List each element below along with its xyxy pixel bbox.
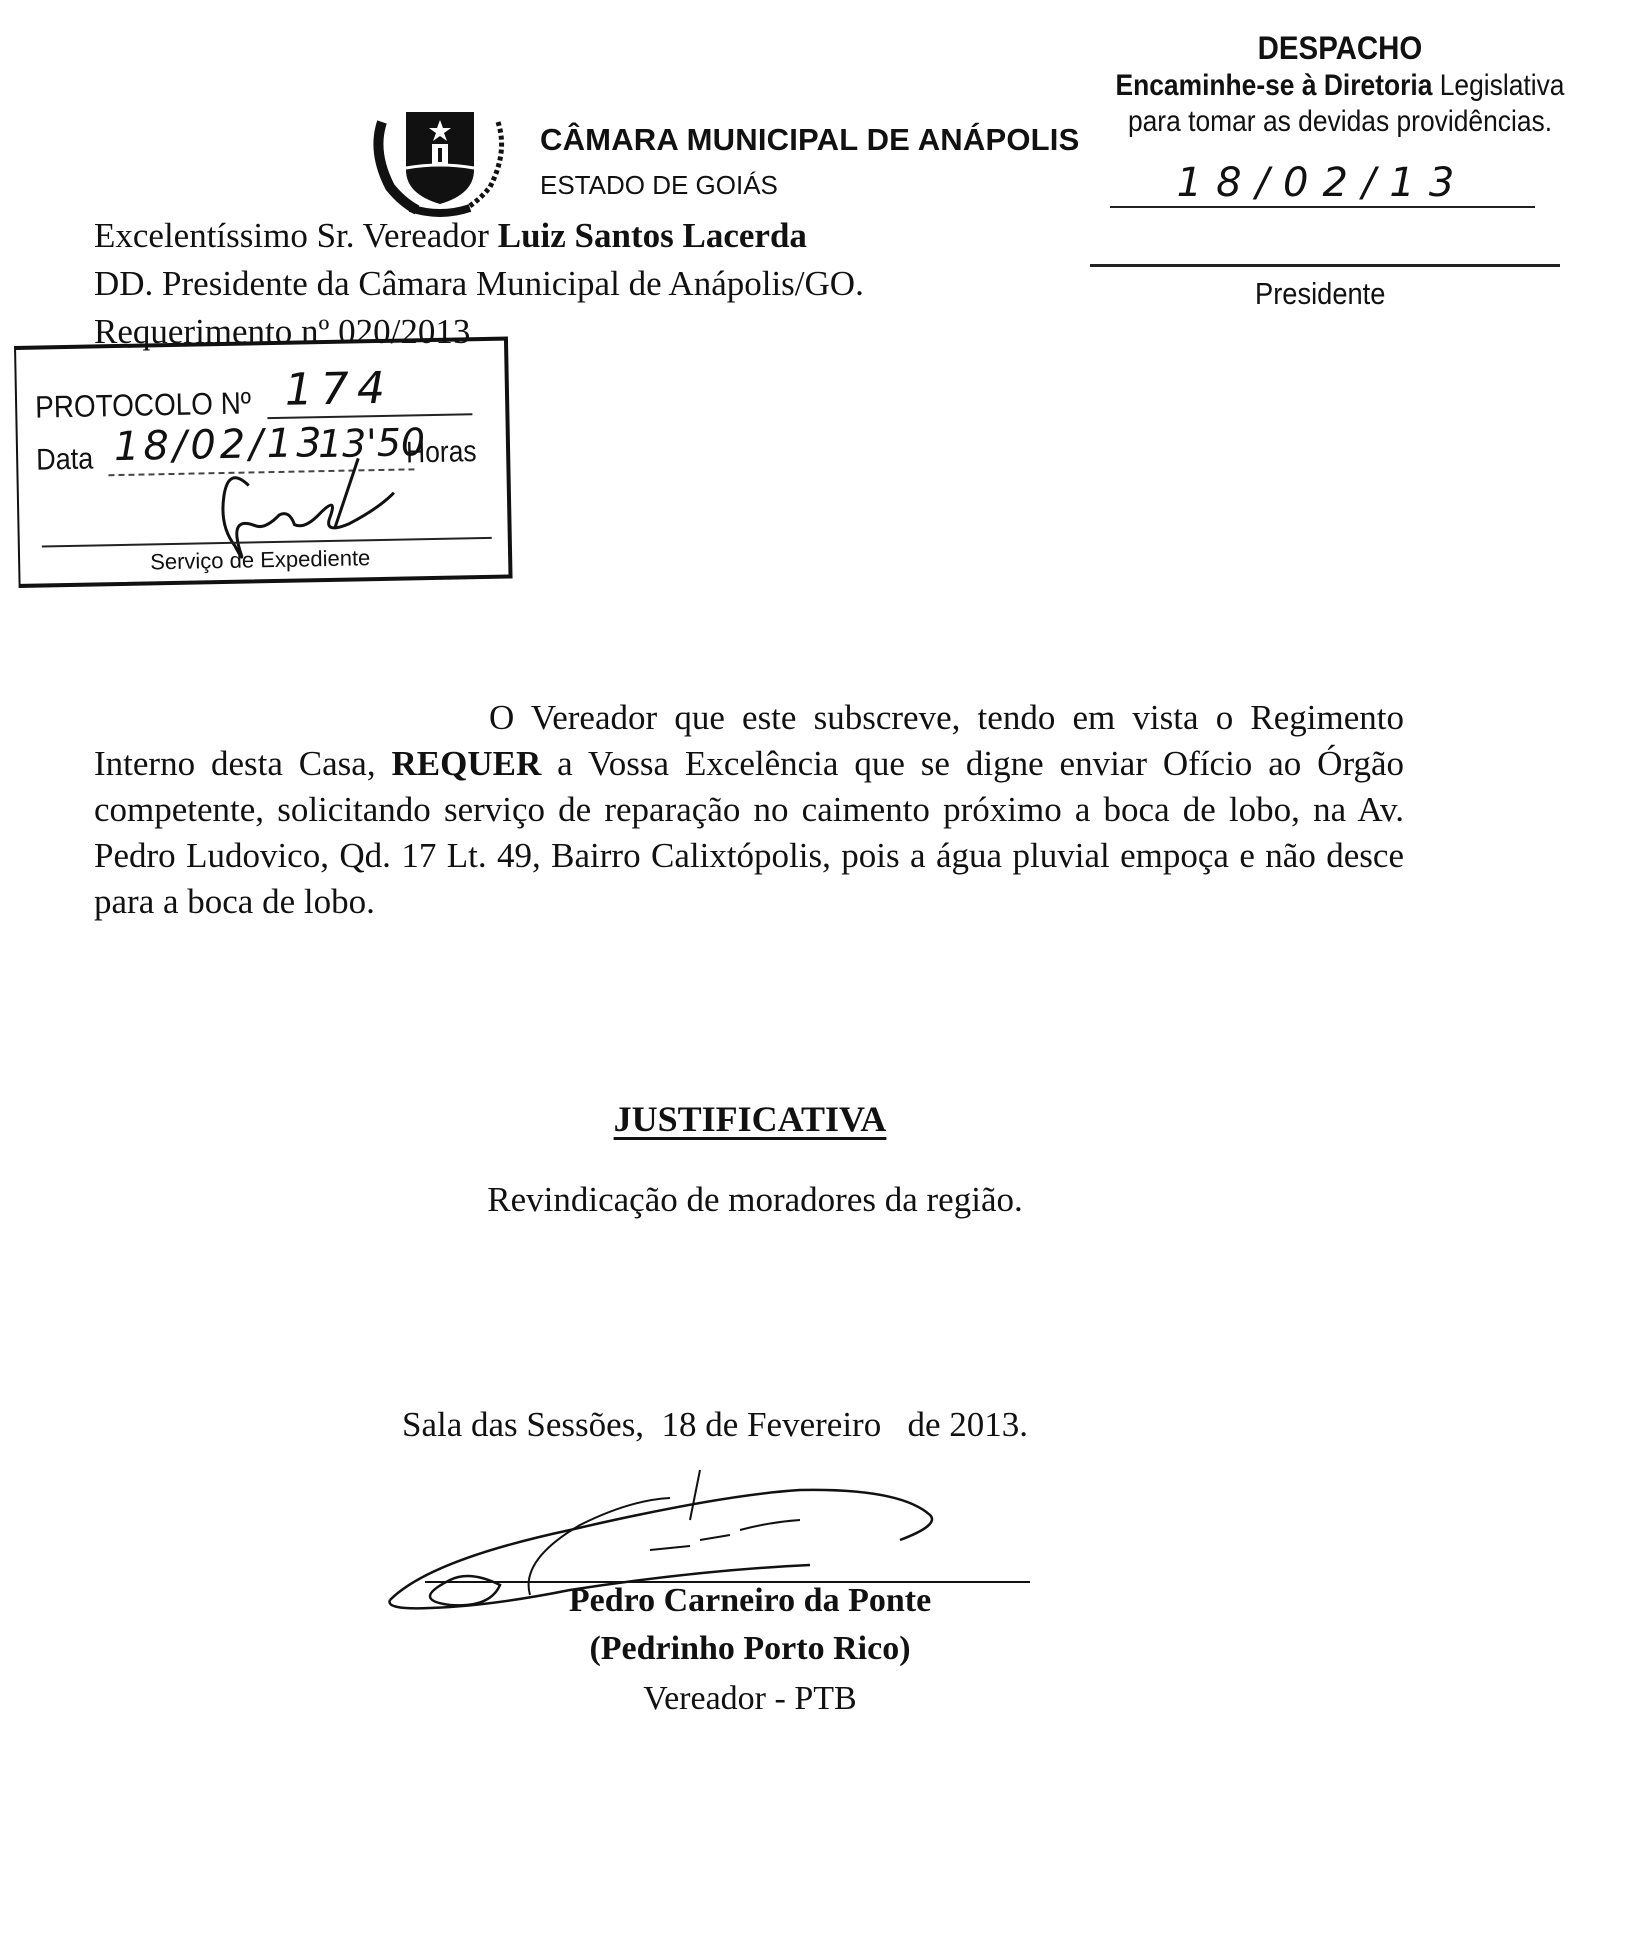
protocol-hours-label: Horas bbox=[406, 435, 477, 470]
despacho-line2: para tomar as devidas providências. bbox=[1094, 105, 1587, 139]
org-name: CÂMARA MUNICIPAL DE ANÁPOLIS bbox=[540, 122, 1080, 158]
signatory-nickname: (Pedrinho Porto Rico) bbox=[0, 1630, 1500, 1668]
org-state: ESTADO DE GOIÁS bbox=[540, 170, 778, 201]
body-bold-requer: REQUER bbox=[392, 744, 542, 783]
municipal-crest-icon bbox=[372, 92, 508, 220]
request-body: O Vereador que este subscreve, tendo em … bbox=[94, 695, 1404, 925]
justification-text: Revindicação de moradores da região. bbox=[0, 1180, 1510, 1220]
addressee-line2: DD. Presidente da Câmara Municipal de An… bbox=[94, 260, 864, 308]
despacho-stamp: DESPACHO Encaminhe-se à Diretoria Legisl… bbox=[1060, 30, 1620, 139]
despacho-title: DESPACHO bbox=[1082, 30, 1597, 67]
protocol-label: PROTOCOLO Nº bbox=[35, 385, 252, 425]
signatory-role: Vereador - PTB bbox=[0, 1680, 1500, 1718]
despacho-line1-rest: Legislativa bbox=[1432, 69, 1564, 102]
despacho-line1-bold: Encaminhe-se à Diretoria bbox=[1115, 69, 1432, 102]
addressee-line1: Excelentíssimo Sr. Vereador Luiz Santos … bbox=[94, 212, 864, 260]
despacho-signature-line bbox=[1090, 264, 1560, 267]
justification-title: JUSTIFICATIVA bbox=[0, 1098, 1500, 1140]
justification-title-text: JUSTIFICATIVA bbox=[614, 1099, 887, 1139]
despacho-date: 18/02/13 bbox=[1177, 160, 1469, 206]
protocol-stamp: PROTOCOLO Nº 174 Data 18/02/13 13'50 Hor… bbox=[14, 337, 513, 588]
addressee-block: Excelentíssimo Sr. Vereador Luiz Santos … bbox=[94, 212, 864, 356]
closing-date: Sala das Sessões, 18 de Fevereiro de 201… bbox=[402, 1405, 1028, 1445]
addressee-name: Luiz Santos Lacerda bbox=[498, 216, 807, 255]
protocol-service-label: Serviço de Expediente bbox=[150, 545, 371, 575]
despacho-role: Presidente bbox=[1255, 276, 1385, 312]
despacho-date-field: 18/02/13 bbox=[1110, 160, 1535, 208]
protocol-number: 174 bbox=[284, 363, 393, 416]
despacho-line1: Encaminhe-se à Diretoria Legislativa bbox=[1094, 69, 1587, 103]
signatory-name: Pedro Carneiro da Ponte bbox=[0, 1582, 1500, 1620]
protocol-date-label: Data bbox=[36, 443, 94, 478]
addressee-prefix: Excelentíssimo Sr. Vereador bbox=[94, 216, 498, 255]
